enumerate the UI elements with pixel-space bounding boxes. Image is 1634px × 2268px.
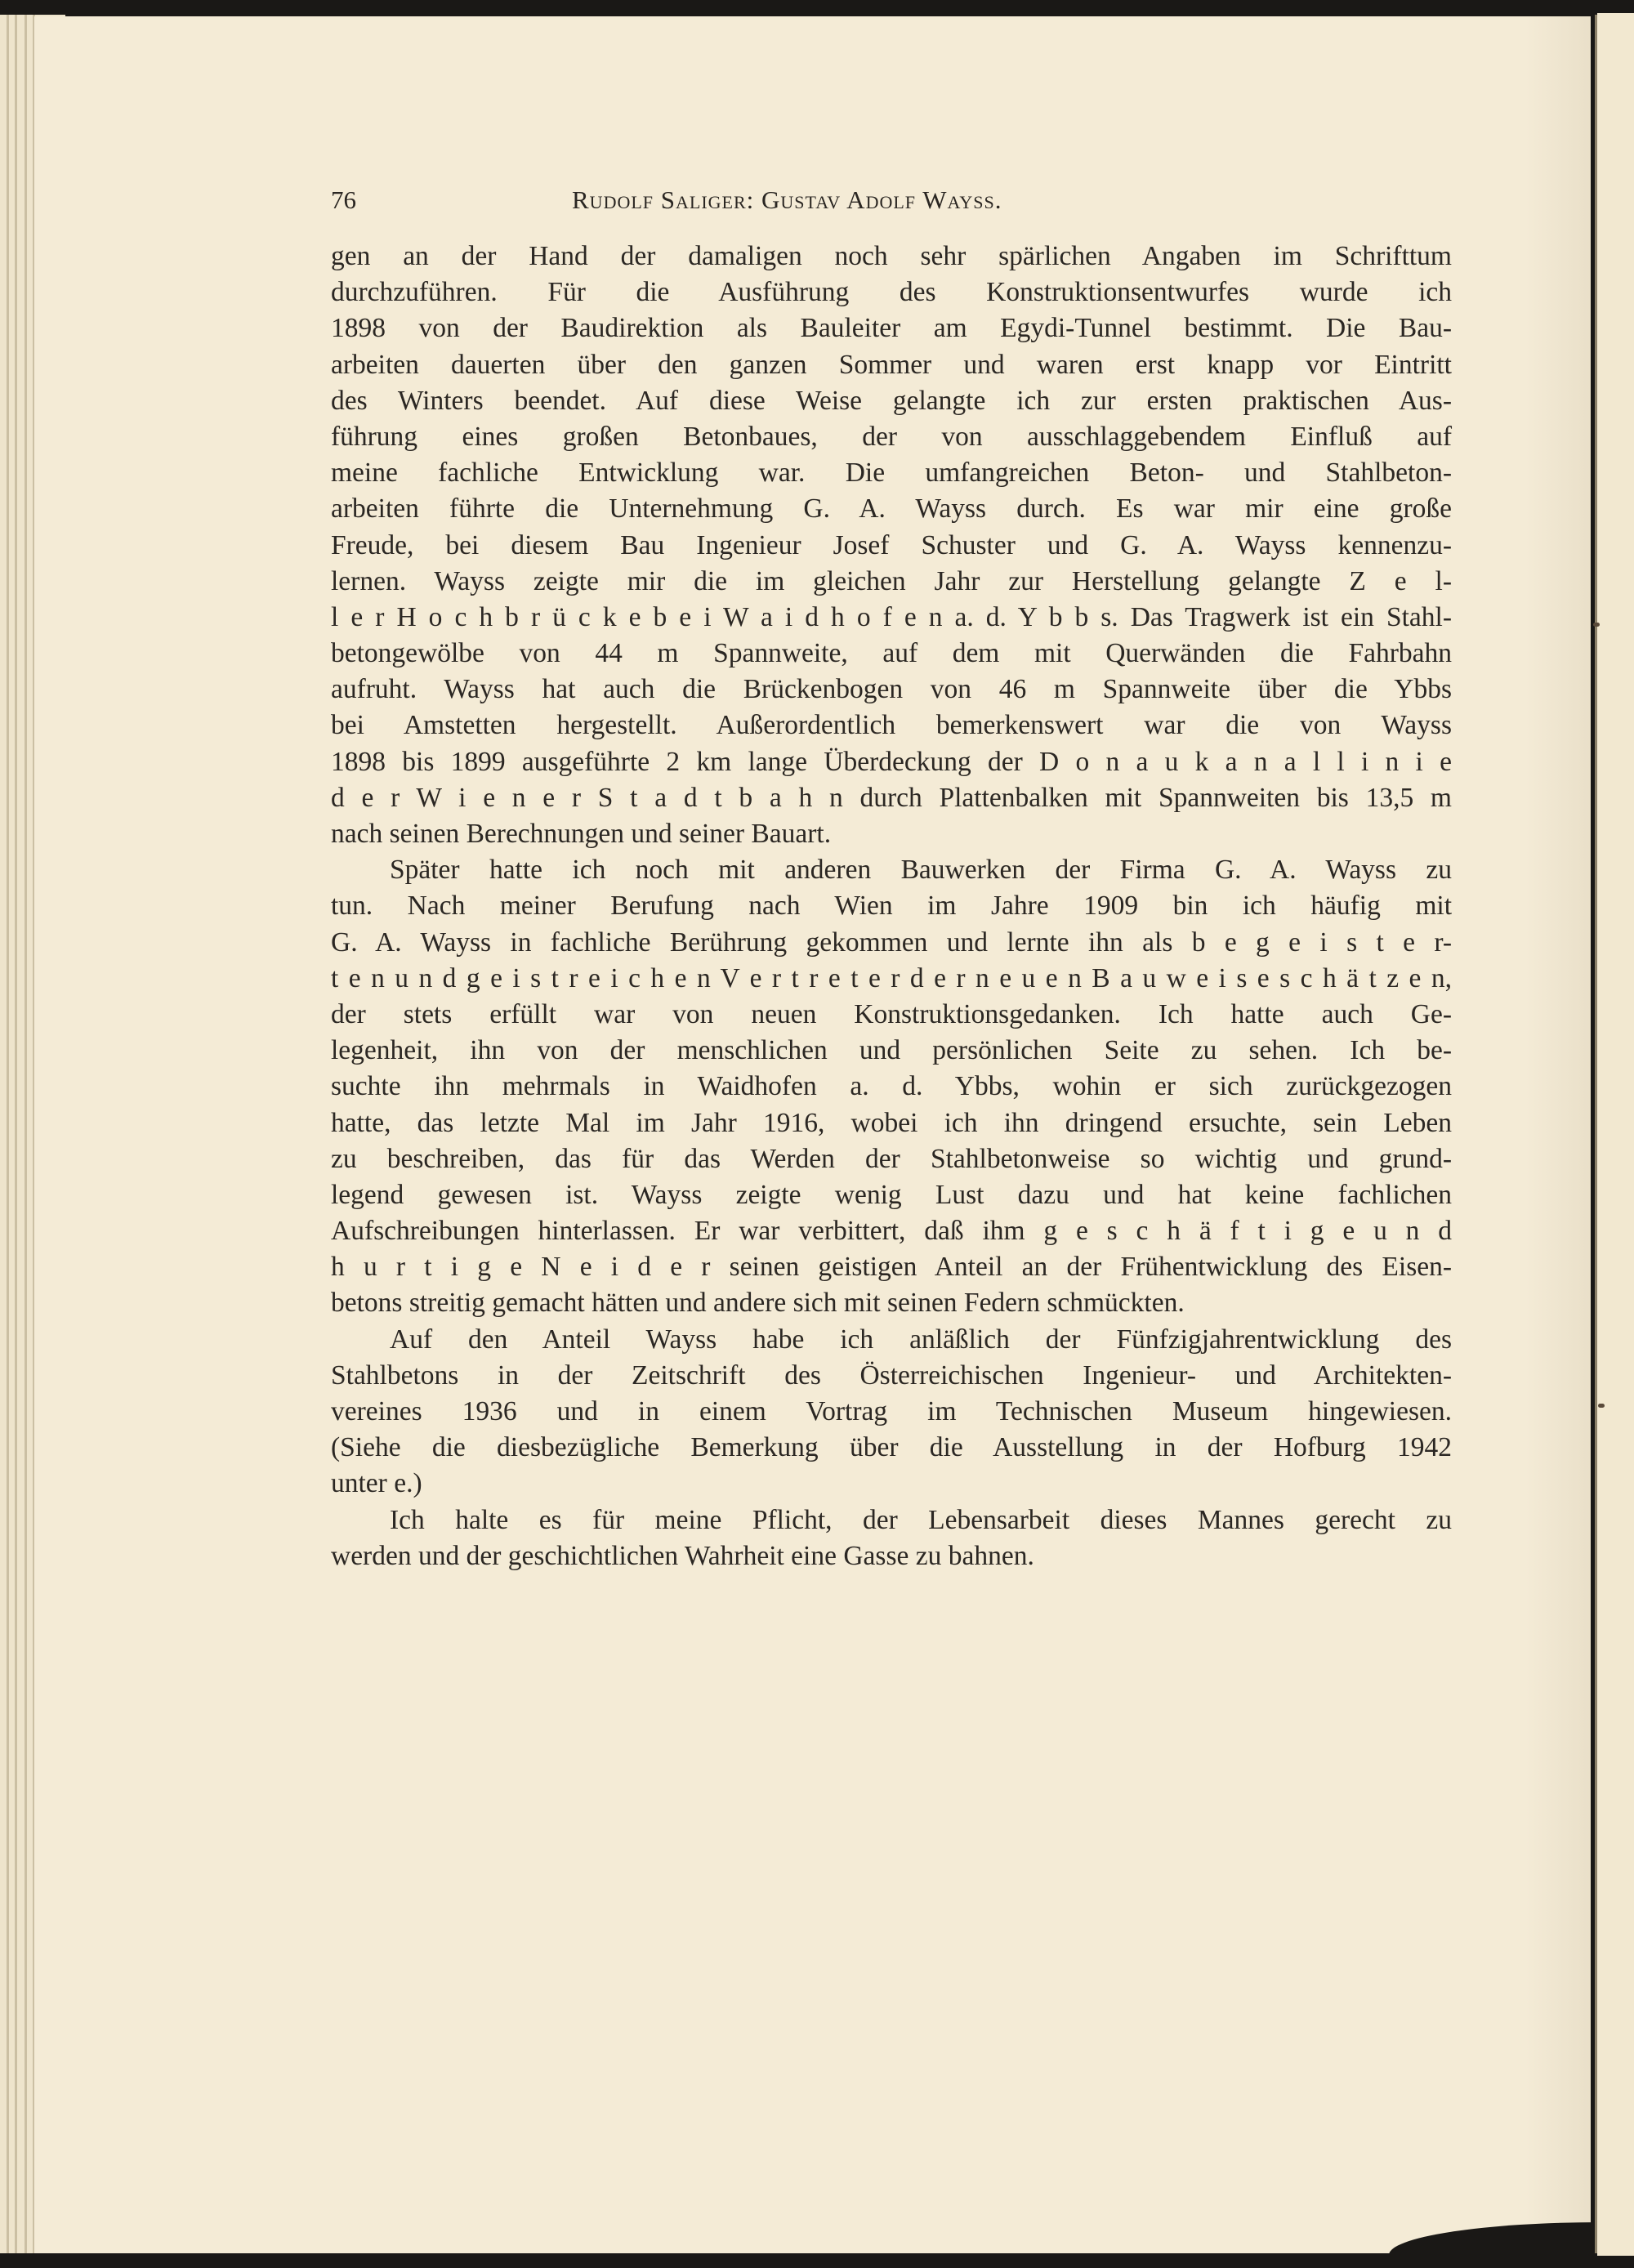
text-line: nach seinen Berechnungen und seiner Baua… [331,816,1452,852]
text-line: 1898 von der Baudirektion als Bauleiter … [331,310,1452,346]
paper-mark [1593,623,1600,627]
text-line: tun. Nach meiner Berufung nach Wien im J… [331,888,1452,924]
text-line: Freude, bei diesem Bau Ingenieur Josef S… [331,528,1452,564]
text-line: meine fachliche Entwicklung war. Die umf… [331,455,1452,491]
body-text: gen an der Hand der damaligen noch sehr … [331,239,1452,1574]
text-line: suchte ihn mehrmals in Waidhofen a. d. Y… [331,1069,1452,1105]
text-line: (Siehe die diesbezügliche Bemerkung über… [331,1430,1452,1466]
text-line: h u r t i g e N e i d e r seinen geistig… [331,1249,1452,1285]
text-line: t e n u n d g e i s t r e i c h e n V e … [331,961,1452,997]
text-line: arbeiten führte die Unternehmung G. A. W… [331,491,1452,527]
text-line: legenheit, ihn von der menschlichen und … [331,1033,1452,1069]
text-line: vereines 1936 und in einem Vortrag im Te… [331,1394,1452,1430]
text-line: arbeiten dauerten über den ganzen Sommer… [331,347,1452,383]
text-line: G. A. Wayss in fachliche Berührung gekom… [331,925,1452,961]
text-line: zu beschreiben, das für das Werden der S… [331,1141,1452,1177]
text-line: unter e.) [331,1466,1452,1502]
text-line: Stahlbetons in der Zeitschrift des Öster… [331,1358,1452,1394]
text-line: hatte, das letzte Mal im Jahr 1916, wobe… [331,1105,1452,1141]
facing-page-edge [1597,13,1634,2256]
gutter-shadow [1525,16,1591,2253]
paper-mark [1598,1404,1605,1408]
text-line: legend gewesen ist. Wayss zeigte wenig L… [331,1177,1452,1213]
text-line: werden und der geschichtlichen Wahrheit … [331,1538,1452,1574]
running-header: 76 Rudolf Saliger: Gustav Adolf Wayss. [331,180,1452,221]
text-line: durchzuführen. Für die Ausführung des Ko… [331,275,1452,310]
text-line: betons streitig gemacht hätten und ander… [331,1285,1452,1321]
running-title: Rudolf Saliger: Gustav Adolf Wayss. [572,180,1002,221]
page-number: 76 [331,180,356,221]
text-line: d e r W i e n e r S t a d t b a h n durc… [331,780,1452,816]
text-line: lernen. Wayss zeigte mir die im gleichen… [331,564,1452,600]
text-line: Auf den Anteil Wayss habe ich anläßlich … [331,1322,1452,1358]
text-line: aufruht. Wayss hat auch die Brückenbogen… [331,672,1452,708]
page-edge-line [15,15,17,2253]
text-line: der stets erfüllt war von neuen Konstruk… [331,997,1452,1033]
text-line: betongewölbe von 44 m Spannweite, auf de… [331,636,1452,672]
text-line: gen an der Hand der damaligen noch sehr … [331,239,1452,275]
text-line: Später hatte ich noch mit anderen Bauwer… [331,852,1452,888]
text-line: des Winters beendet. Auf diese Weise gel… [331,383,1452,419]
text-line: Aufschreibungen hinterlassen. Er war ver… [331,1213,1452,1249]
text-line: 1898 bis 1899 ausgeführte 2 km lange Übe… [331,744,1452,780]
text-line: führung eines großen Betonbaues, der von… [331,419,1452,455]
page-edge-line [25,15,27,2253]
text-line: bei Amstetten hergestellt. Außerordentli… [331,708,1452,743]
page-edge-line [7,15,9,2253]
text-line: l e r H o c h b r ü c k e b e i W a i d … [331,600,1452,636]
text-line: Ich halte es für meine Pflicht, der Lebe… [331,1502,1452,1538]
